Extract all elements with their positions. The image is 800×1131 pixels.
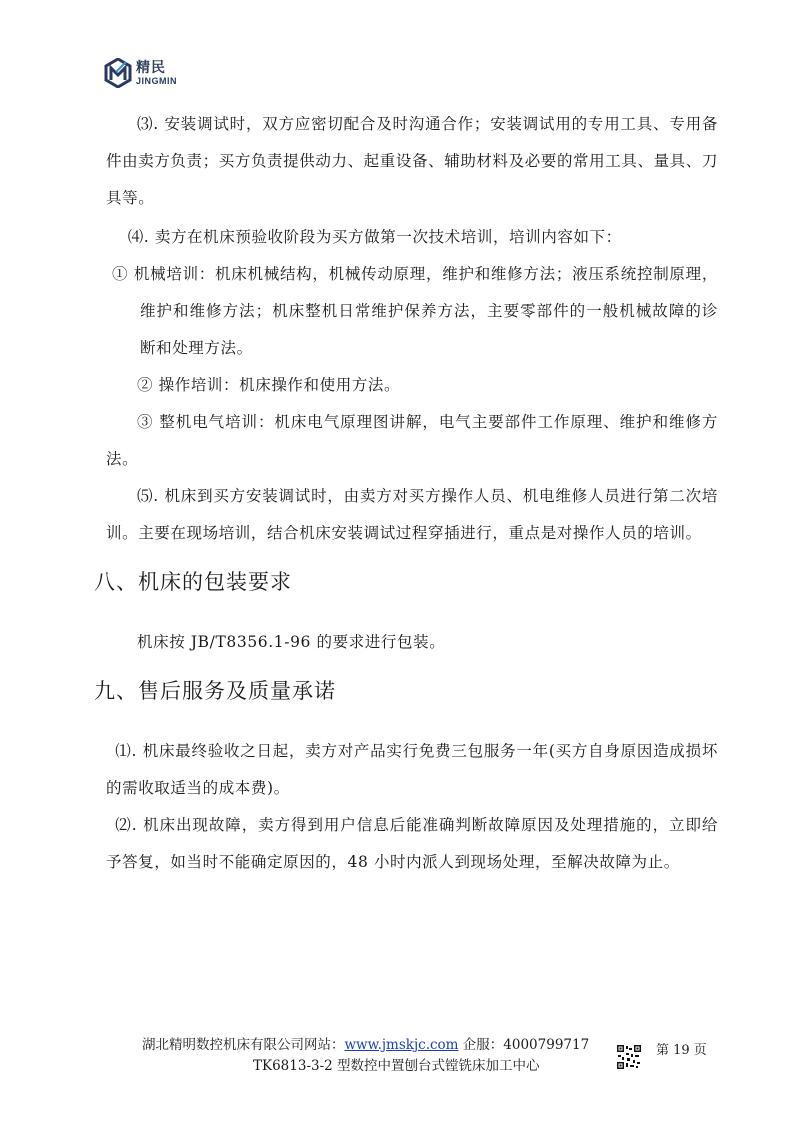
footer-product-line: TK6813-3-2 型数控中置刨台式镗铣床加工中心 (253, 1054, 540, 1074)
service-phone: 4000799717 (503, 1037, 589, 1053)
footer-service-label: 企服： (458, 1037, 503, 1053)
section-9-heading: 九、售后服务及质量承诺 (94, 675, 718, 705)
training-item-2: ② 操作培训：机床操作和使用方法。 (106, 367, 718, 404)
company-logo: 精民 JINGMIN (104, 58, 177, 88)
website-link[interactable]: www.jmskjc.com (345, 1037, 459, 1053)
logo-english-text: JINGMIN (136, 77, 177, 86)
footer-company-name: 湖北精明数控机床有限公司网站： (142, 1037, 345, 1053)
document-body: ⑶. 安装调试时，双方应密切配合及时沟通合作；安装调试用的专用工具、专用备件由卖… (106, 106, 718, 881)
paragraph-3: ⑶. 安装调试时，双方应密切配合及时沟通合作；安装调试用的专用工具、专用备件由卖… (106, 106, 718, 217)
footer-company-line: 湖北精明数控机床有限公司网站：www.jmskjc.com 企服：4000799… (142, 1033, 589, 1053)
section-9-item-2: ⑵. 机床出现故障，卖方得到用户信息后能准确判断故障原因及处理措施的，立即给予答… (106, 807, 718, 881)
training-item-1: ① 机械培训：机床机械结构，机械传动原理，维护和维修方法；液压系统控制原理，维护… (112, 256, 718, 367)
section-8-heading: 八、机床的包装要求 (94, 566, 718, 596)
page-number: 第 19 页 (656, 1039, 707, 1058)
section-8-text: 机床按 JB/T8356.1-96 的要求进行包装。 (106, 624, 718, 661)
jingmin-logo-icon (104, 58, 132, 88)
paragraph-4: ⑷. 卖方在机床预验收阶段为买方做第一次技术培训，培训内容如下： (106, 219, 718, 256)
training-item-3: ③ 整机电气培训：机床电气原理图讲解，电气主要部件工作原理、维护和维修方法。 (106, 404, 718, 478)
logo-chinese-text: 精民 (136, 61, 177, 75)
qr-code-icon (617, 1045, 641, 1069)
section-9-item-1: ⑴. 机床最终验收之日起，卖方对产品实行免费三包服务一年(买方自身原因造成损坏的… (106, 733, 718, 807)
paragraph-5: ⑸. 机床到买方安装调试时，由卖方对买方操作人员、机电维修人员进行第二次培训。主… (106, 478, 718, 552)
